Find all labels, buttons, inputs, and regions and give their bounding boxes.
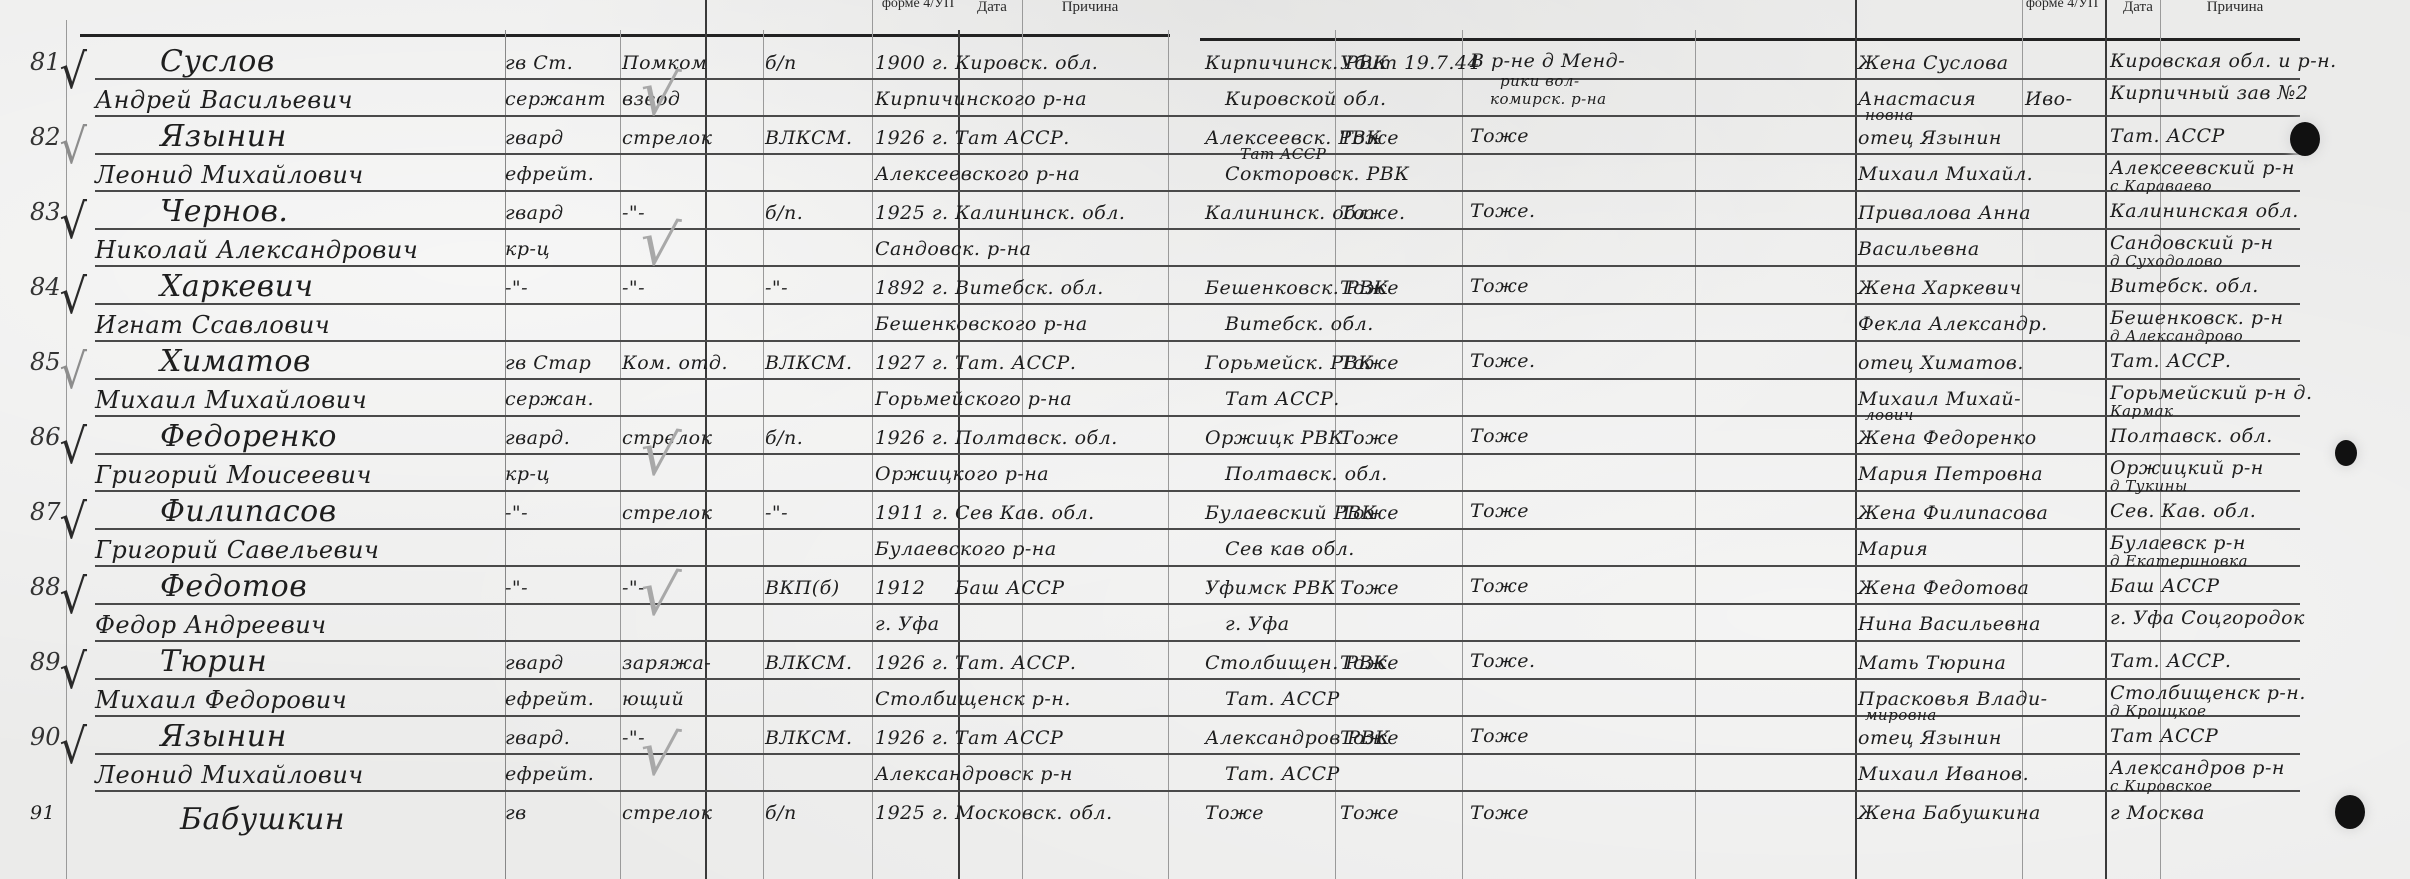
- rank: гвард.: [505, 427, 570, 449]
- checkmark-icon: √: [60, 419, 88, 475]
- birthplace: Тат. АССР.: [955, 352, 1076, 374]
- address: Витебск. обл.: [2110, 275, 2259, 297]
- birthplace-2: Горьмейского р-на: [875, 388, 1072, 410]
- birthplace-2: Булаевского р-на: [875, 538, 1057, 560]
- birth-year: 1912: [875, 577, 925, 599]
- birthplace-2: Александровск р-н: [875, 763, 1073, 785]
- next-of-kin: Жена Федоренко: [1858, 427, 2037, 449]
- address-2: Столбищенск р-н.: [2110, 682, 2306, 704]
- col-line: [1855, 0, 1857, 879]
- loss-date: Тоже.: [1340, 202, 1406, 224]
- draft-office-2: Сокторовск. РВК: [1225, 163, 1409, 185]
- rank: -"-: [505, 502, 528, 524]
- birth-year: 1927 г.: [875, 352, 949, 374]
- next-of-kin-2: Васильевна: [1858, 238, 1980, 260]
- rank: гв Ст.: [505, 52, 573, 74]
- surname: Федоренко: [160, 419, 337, 454]
- row-number: 85: [30, 348, 61, 376]
- address: Тат АССР: [2110, 725, 2218, 747]
- draft-office-note: Тат АССР: [1240, 145, 1326, 163]
- birth-year: 1926 г.: [875, 652, 949, 674]
- draft-office: Уфимск РВК: [1205, 577, 1336, 599]
- birthplace: Тат. АССР.: [955, 652, 1076, 674]
- row-rule: [95, 715, 1245, 717]
- address-2: Александров р-н: [2110, 757, 2285, 779]
- rank: гвард: [505, 652, 564, 674]
- header-form-col-right: форме 4/УП: [2022, 0, 2102, 11]
- next-of-kin-3: новна: [1865, 106, 1914, 124]
- next-of-kin: Жена Филипасова: [1858, 502, 2048, 524]
- given-names: Федор Андреевич: [95, 611, 327, 639]
- pencil-checkmark-icon: √: [635, 208, 683, 283]
- next-of-kin: Жена Бабушкина: [1858, 802, 2041, 824]
- next-of-kin-3: лович: [1865, 406, 1914, 424]
- row-number: 87: [30, 498, 61, 526]
- loss-date: Тоже: [1340, 577, 1399, 599]
- burial-place: Тоже: [1470, 500, 1529, 522]
- pencil-checkmark-icon: √: [635, 418, 683, 493]
- checkmark-icon: √: [60, 644, 88, 700]
- row-rule: [95, 415, 1245, 417]
- checkmark-icon: √: [60, 269, 88, 325]
- row-rule: [1200, 228, 2300, 230]
- pencil-checkmark-icon: √: [635, 558, 683, 633]
- birthplace-2: Алексеевского р-на: [875, 163, 1080, 185]
- address-2: Оржицкий р-н: [2110, 457, 2264, 479]
- loss-date: Тоже: [1340, 127, 1399, 149]
- burial-place-3: комирск. р-на: [1490, 90, 1607, 108]
- burial-place: Тоже: [1470, 725, 1529, 747]
- rank-2: кр-ц: [505, 463, 550, 485]
- burial-place: В р-не д Менд-: [1470, 50, 1625, 72]
- address-3: д Кроицкое: [2110, 702, 2207, 720]
- birth-year: 1925 г.: [875, 802, 949, 824]
- burial-place: Тоже: [1470, 575, 1529, 597]
- archival-register-page: форме 4/УП Дата Причина форме 4/УП Дата …: [0, 0, 2410, 879]
- party: ВЛКСМ.: [765, 652, 853, 674]
- birth-year: 1926 г.: [875, 127, 949, 149]
- next-of-kin: Мать Тюрина: [1858, 652, 2006, 674]
- burial-place: Тоже: [1470, 275, 1529, 297]
- surname: Бабушкин: [180, 802, 345, 837]
- draft-office-2: Кировской обл.: [1225, 88, 1386, 110]
- birth-year: 1900 г.: [875, 52, 949, 74]
- loss-date: Тоже: [1340, 802, 1399, 824]
- burial-place: Тоже: [1470, 802, 1529, 824]
- row-number: 89: [30, 648, 61, 676]
- draft-office-2: Тат. АССР: [1225, 688, 1340, 710]
- row-rule: [95, 340, 1245, 342]
- draft-office-2: Витебск. обл.: [1225, 313, 1374, 335]
- row-rule: [1200, 678, 2300, 680]
- next-of-kin-3: мировна: [1865, 706, 1937, 724]
- position: стрелок: [622, 802, 712, 824]
- address-2: г. Уфа Соцгородок: [2110, 607, 2305, 629]
- address-2: Сандовский р-н: [2110, 232, 2274, 254]
- address: Баш АССР: [2110, 575, 2220, 597]
- party: б/п: [765, 52, 797, 74]
- birth-year: 1892 г.: [875, 277, 949, 299]
- birthplace-2: Сандовск. р-на: [875, 238, 1031, 260]
- address: г Москва: [2110, 802, 2205, 824]
- row-number: 83: [30, 198, 61, 226]
- next-of-kin: отец Язынин: [1858, 727, 2002, 749]
- address-3: д Александрово: [2110, 327, 2243, 345]
- rank: гв Стар: [505, 352, 591, 374]
- draft-office-2: г. Уфа: [1225, 613, 1290, 635]
- row-rule: [1200, 603, 2300, 605]
- checkmark-icon: √: [60, 494, 88, 550]
- address-2: Горьмейский р-н д.: [2110, 382, 2312, 404]
- row-number: 82: [30, 123, 61, 151]
- rank-2: кр-ц: [505, 238, 550, 260]
- party: ВКП(б): [765, 577, 840, 599]
- burial-place-2: рики вол-: [1500, 72, 1580, 90]
- loss-date: Тоже: [1340, 727, 1399, 749]
- surname: Суслов: [160, 44, 275, 79]
- given-names: Игнат Ссавлович: [95, 311, 330, 339]
- given-names: Леонид Михайлович: [95, 761, 364, 789]
- address-3: с Караваево: [2110, 177, 2212, 195]
- row-rule: [95, 190, 1245, 192]
- draft-office: Тоже: [1205, 802, 1264, 824]
- punch-hole: [2290, 122, 2320, 156]
- birthplace: Тат АССР: [955, 727, 1063, 749]
- address: Тат. АССР.: [2110, 650, 2231, 672]
- position: стрелок: [622, 502, 712, 524]
- checkmark-icon: √: [60, 119, 88, 175]
- surname: Чернов.: [160, 194, 288, 229]
- loss-date: Тоже: [1340, 502, 1399, 524]
- next-of-kin-2: Фекла Александр.: [1858, 313, 2048, 335]
- birthplace-2: Бешенковского р-на: [875, 313, 1088, 335]
- party: б/п.: [765, 202, 803, 224]
- row-number: 81: [30, 48, 61, 76]
- loss-date: Тоже: [1340, 352, 1399, 374]
- next-of-kin: Привалова Анна: [1858, 202, 2031, 224]
- burial-place: Тоже.: [1470, 350, 1536, 372]
- birth-year: 1926 г.: [875, 727, 949, 749]
- party: ВЛКСМ.: [765, 352, 853, 374]
- header-rule-left: [80, 34, 1170, 37]
- header-date-col-left: Дата: [962, 0, 1022, 15]
- birth-year: 1911 г.: [875, 502, 949, 524]
- checkmark-icon: √: [60, 344, 88, 400]
- checkmark-icon: √: [60, 569, 88, 625]
- rank-2: сержант: [505, 88, 606, 110]
- party: б/п.: [765, 427, 803, 449]
- row-number: 90: [30, 723, 61, 751]
- next-of-kin-2: Михаил Иванов.: [1858, 763, 2029, 785]
- next-of-kin-2: Нина Васильевна: [1858, 613, 2041, 635]
- rank-2: ефрейт.: [505, 163, 594, 185]
- birthplace: Полтавск. обл.: [955, 427, 1118, 449]
- party: -"-: [765, 277, 788, 299]
- birthplace: Московск. обл.: [955, 802, 1113, 824]
- burial-place: Тоже.: [1470, 650, 1536, 672]
- party: ВЛКСМ.: [765, 127, 853, 149]
- birthplace-2: Столбищенск р-н.: [875, 688, 1071, 710]
- address: Калининская обл.: [2110, 200, 2299, 222]
- next-of-kin-2: Мария Петровна: [1858, 463, 2043, 485]
- address-2: Бешенковск. р-н: [2110, 307, 2283, 329]
- draft-office-2: Тат. АССР: [1225, 763, 1340, 785]
- draft-office: Оржицк РВК: [1205, 427, 1344, 449]
- loss-date: Убит 19.7.44: [1340, 52, 1480, 74]
- rank-2: ефрейт.: [505, 763, 594, 785]
- rank: -"-: [505, 277, 528, 299]
- row-rule: [1200, 528, 2300, 530]
- punch-hole: [2335, 440, 2357, 466]
- header-form-col-left: форме 4/УП: [878, 0, 958, 11]
- rank: гвард: [505, 127, 564, 149]
- row-rule: [1200, 303, 2300, 305]
- rank: гвард: [505, 202, 564, 224]
- pencil-checkmark-icon: √: [635, 718, 683, 793]
- loss-date: Тоже: [1340, 277, 1399, 299]
- birthplace: Сев Кав. обл.: [955, 502, 1095, 524]
- position-2: ющий: [622, 688, 684, 710]
- given-names: Леонид Михайлович: [95, 161, 364, 189]
- rank: гв: [505, 802, 527, 824]
- surname: Язынин: [160, 119, 287, 154]
- row-rule: [1200, 153, 2300, 155]
- surname: Федотов: [160, 569, 307, 604]
- birthplace: Калининск. обл.: [955, 202, 1125, 224]
- next-of-kin: Жена Федотова: [1858, 577, 2029, 599]
- row-rule: [1200, 115, 2300, 117]
- draft-office-2: Сев кав обл.: [1225, 538, 1355, 560]
- punch-hole: [2335, 795, 2365, 829]
- next-of-kin: отец Химатов.: [1858, 352, 2024, 374]
- next-of-kin: Жена Суслова: [1858, 52, 2009, 74]
- address-3: д Тукины: [2110, 477, 2188, 495]
- header-cause-col-right: Причина: [2175, 0, 2295, 15]
- address-2: Булаевск р-н: [2110, 532, 2246, 554]
- given-names: Григорий Савельевич: [95, 536, 379, 564]
- header-date-col-right: Дата: [2110, 0, 2166, 15]
- address: Тат. АССР.: [2110, 350, 2231, 372]
- given-names: Михаил Михайлович: [95, 386, 367, 414]
- birth-year: 1925 г.: [875, 202, 949, 224]
- surname: Язынин: [160, 719, 287, 754]
- next-of-kin-2: Мария: [1858, 538, 1928, 560]
- birthplace: Тат АССР.: [955, 127, 1070, 149]
- position: заряжа-: [622, 652, 711, 674]
- row-number: 88: [30, 573, 61, 601]
- address-3: д Екатериновка: [2110, 552, 2248, 570]
- address-2: Кирпичный зав №2: [2110, 82, 2309, 104]
- address-2: Алексеевский р-н: [2110, 157, 2295, 179]
- address: Сев. Кав. обл.: [2110, 500, 2256, 522]
- given-names: Михаил Федорович: [95, 686, 347, 714]
- col-line: [2105, 0, 2107, 879]
- address-3: д Суходолово: [2110, 252, 2223, 270]
- row-number: 86: [30, 423, 61, 451]
- birthplace: Кировск. обл.: [955, 52, 1098, 74]
- position: -"-: [622, 277, 645, 299]
- header-cause-col-left: Причина: [1030, 0, 1150, 15]
- surname: Харкевич: [160, 269, 314, 304]
- rank: гвард.: [505, 727, 570, 749]
- draft-office-2: Полтавск. обл.: [1225, 463, 1388, 485]
- row-rule: [1200, 640, 2300, 642]
- rank-2: ефрейт.: [505, 688, 594, 710]
- birthplace-2: г. Уфа: [875, 613, 940, 635]
- row-rule: [1200, 78, 2300, 80]
- birthplace: Баш АССР: [955, 577, 1065, 599]
- birth-year: 1926 г.: [875, 427, 949, 449]
- address: Тат. АССР: [2110, 125, 2225, 147]
- surname: Химатов: [160, 344, 311, 379]
- next-of-kin: Жена Харкевич: [1858, 277, 2022, 299]
- row-rule: [1200, 453, 2300, 455]
- checkmark-icon: √: [60, 194, 88, 250]
- loss-date: Тоже: [1340, 652, 1399, 674]
- row-number: 91: [30, 802, 55, 824]
- birthplace: Витебск. обл.: [955, 277, 1104, 299]
- position: -"-: [622, 202, 645, 224]
- birthplace-2: Оржицкого р-на: [875, 463, 1049, 485]
- surname: Тюрин: [160, 644, 267, 679]
- burial-place: Тоже: [1470, 425, 1529, 447]
- rank-2: сержан.: [505, 388, 594, 410]
- pencil-checkmark-icon: √: [635, 58, 683, 133]
- next-of-kin-2: Михаил Михайл.: [1858, 163, 2033, 185]
- burial-place: Тоже.: [1470, 200, 1536, 222]
- address: Полтавск. обл.: [2110, 425, 2273, 447]
- row-number: 84: [30, 273, 61, 301]
- burial-place: Тоже: [1470, 125, 1529, 147]
- next-of-kin: отец Язынин: [1858, 127, 2002, 149]
- col-line: [872, 0, 873, 879]
- address-3: Кармак: [2110, 402, 2174, 420]
- header-rule-right: [1200, 38, 2300, 41]
- party: ВЛКСМ.: [765, 727, 853, 749]
- address-3: с Кировское: [2110, 777, 2213, 795]
- rank: -"-: [505, 577, 528, 599]
- loss-date: Тоже: [1340, 427, 1399, 449]
- checkmark-icon: √: [60, 719, 88, 775]
- address: Кировская обл. и р-н.: [2110, 50, 2337, 72]
- position: Ком. отд.: [622, 352, 728, 374]
- party: -"-: [765, 502, 788, 524]
- row-rule: [1200, 378, 2300, 380]
- checkmark-icon: √: [60, 44, 88, 100]
- draft-office-2: Тат АССР.: [1225, 388, 1340, 410]
- next-of-kin-2b: Иво-: [2025, 88, 2073, 110]
- party: б/п: [765, 802, 797, 824]
- row-rule: [1200, 753, 2300, 755]
- surname: Филипасов: [160, 494, 337, 529]
- given-names: Григорий Моисеевич: [95, 461, 372, 489]
- given-names: Андрей Васильевич: [95, 86, 353, 114]
- row-rule: [95, 678, 1245, 680]
- row-rule: [95, 640, 1245, 642]
- given-names: Николай Александрович: [95, 236, 418, 264]
- birthplace-2: Кирпичинского р-на: [875, 88, 1087, 110]
